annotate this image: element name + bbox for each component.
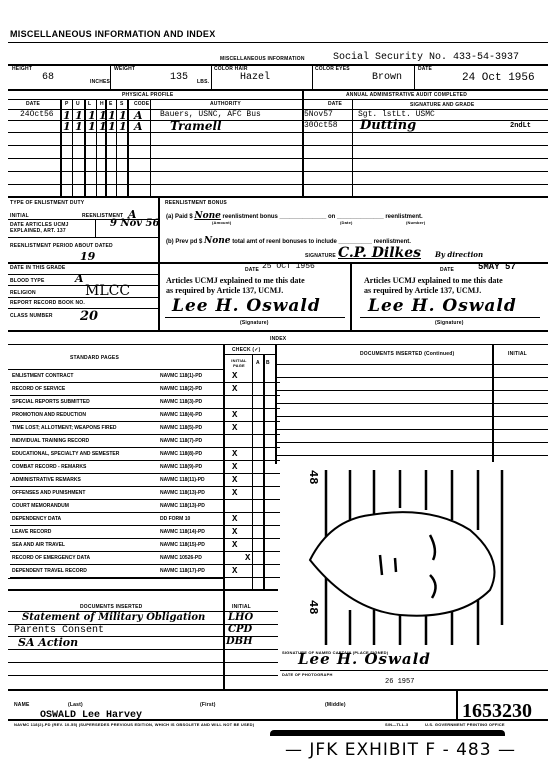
index-row: INDIVIDUAL TRAINING RECORDNAVMC 118(7)-P… [10, 435, 280, 448]
exhibit-label: — JFK EXHIBIT F - 483 — [285, 740, 516, 760]
photo-signature: Lee H. Oswald [298, 650, 431, 668]
face-photo-icon: 48 48 [290, 460, 522, 645]
index-row: TIME LOST; ALLOTMENT; WEAPONS FIREDNAVMC… [10, 422, 280, 435]
index-row: ADMINISTRATIVE REMARKSNAVMC 118(11)-PDX [10, 474, 280, 487]
svg-text:48: 48 [306, 600, 320, 614]
hair-value: Hazel [240, 72, 270, 83]
prev-paid-amount: None [204, 236, 231, 246]
weight-value: 135 [170, 72, 188, 83]
date-value: 24 Oct 1956 [462, 72, 535, 84]
index-row: SEA AND AIR TRAVELNAVMC 118(15)-PDX [10, 539, 280, 552]
index-title: INDEX [270, 336, 286, 342]
doc-1: Statement of Military Obligation [22, 612, 205, 623]
index-row: EDUCATIONAL, SPECIALTY AND SEMESTERNAVMC… [10, 448, 280, 461]
ssn-value: 433-54-3937 [453, 52, 519, 63]
docs-inserted-title: DOCUMENTS INSERTED [80, 604, 143, 610]
doc-2: Parents Consent [14, 625, 104, 636]
index-row: DEPENDENT TRAVEL RECORDNAVMC 118(17)-PDX [10, 565, 280, 578]
height-value: 68 [42, 72, 54, 83]
form-title: MISCELLANEOUS INFORMATION AND INDEX [10, 29, 216, 39]
index-row: PROMOTION AND REDUCTIONNAVMC 118(4)-PDX [10, 409, 280, 422]
profile-authority-1: Bauers, USNC, AFC Bus [160, 110, 261, 119]
physical-profile-title: PHYSICAL PROFILE [122, 92, 173, 98]
profile-date-1: 24Oct56 [20, 110, 54, 119]
index-row: SPECIAL REPORTS SUBMITTEDNAVMC 118(3)-PD [10, 396, 280, 409]
ssn-label: Social Security No. [333, 52, 447, 63]
index-row: DEPENDENCY DATADD FORM 10X [10, 513, 280, 526]
index-row: LEAVE RECORDNAVMC 118(14)-PDX [10, 526, 280, 539]
index-row: RECORD OF EMERGENCY DATANAVMC 10526-PDX [10, 552, 280, 565]
index-row: OFFENSES AND PUNISHMENTNAVMC 118(13)-PDX [10, 487, 280, 500]
audit-title: ANNUAL ADMINISTRATIVE AUDIT COMPLETED [346, 92, 467, 98]
id-photo: 48 48 [290, 460, 522, 645]
svg-text:48: 48 [306, 470, 320, 484]
index-row: COMBAT RECORD - REMARKSNAVMC 118(9)-PDX [10, 461, 280, 474]
oswald-signature-1: Lee H. Oswald [172, 296, 321, 316]
doc-3: SA Action [18, 636, 78, 649]
index-row: RECORD OF SERVICENAVMC 118(2)-PDX [10, 383, 280, 396]
oswald-signature-2: Lee H. Oswald [368, 296, 517, 316]
index-row: COURT MEMORANDUMNAVMC 118(13)-PD [10, 500, 280, 513]
index-row: ENLISTMENT CONTRACTNAVMC 118(1)-PDX [10, 370, 280, 383]
section-label: MISCELLANEOUS INFORMATION [220, 56, 305, 62]
reenlistment-signature: C.P. Dilkes [338, 245, 421, 261]
eyes-value: Brown [372, 72, 402, 83]
